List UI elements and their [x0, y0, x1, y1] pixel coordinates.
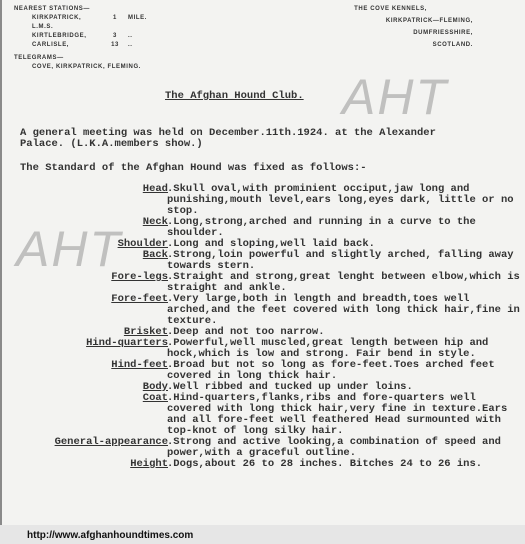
letterhead-right: The Cove Kennels, Kirkpatrick—Fleming, D… [354, 3, 473, 51]
standard-text: .Strong,loin powerful and slightly arche… [167, 250, 522, 272]
standard-entry: Neck.Long,strong,arched and running in a… [2, 217, 525, 239]
standard-text: .Broad but not so long as fore-feet.Toes… [167, 360, 522, 382]
standard-text: .Very large,both in length and breadth,t… [167, 294, 522, 327]
standard-label: Hind-quarters [86, 338, 168, 349]
standard-label: General-appearance [55, 437, 168, 448]
standard-intro: The Standard of the Afghan Hound was fix… [20, 163, 367, 174]
standard-label: Back [143, 250, 168, 261]
standard-label: Head [143, 184, 168, 195]
standard-entry: Fore-legs.Straight and strong,great leng… [2, 272, 525, 294]
standard-entry: Height.Dogs,about 26 to 28 inches. Bitch… [2, 459, 525, 470]
standard-entry: Fore-feet.Very large,both in length and … [2, 294, 525, 327]
document-title: The Afghan Hound Club. [165, 90, 304, 102]
letterhead-line: The Cove Kennels, [354, 3, 427, 15]
standard-text: .Long,strong,arched and running in a cur… [167, 217, 522, 239]
stations-heading: Nearest Stations— [14, 5, 147, 14]
standard-entry: Back.Strong,loin powerful and slightly a… [2, 250, 525, 272]
standard-text: .Straight and strong,great lenght betwee… [167, 272, 522, 294]
station-row: Kirkpatrick, L.M.S.1Mile. [14, 14, 147, 32]
station-row: Carlisle,13.. [14, 41, 147, 50]
watermark: AHT [342, 68, 448, 126]
standard-entry: Hind-quarters.Powerful,well muscled,grea… [2, 338, 525, 360]
standard-entry: Coat.Hind-quarters,flanks,ribs and fore-… [2, 393, 525, 437]
standard-text: .Powerful,well muscled,great length betw… [167, 338, 522, 360]
standard-text: .Dogs,about 26 to 28 inches. Bitches 24 … [167, 459, 522, 470]
intro-paragraph: A general meeting was held on December.1… [20, 128, 436, 150]
standard-entry: Hind-feet.Broad but not so long as fore-… [2, 360, 525, 382]
standard-label: Hind-feet [111, 360, 168, 371]
letterhead-line: Dumfriesshire, [354, 27, 473, 39]
standard-text: .Hind-quarters,flanks,ribs and fore-quar… [167, 393, 522, 437]
telegrams-address: Cove, Kirkpatrick, Fleming. [14, 63, 147, 72]
standard-label: Height [130, 459, 168, 470]
standard-label: Neck [143, 217, 168, 228]
station-row: Kirtlebridge,3.. [14, 32, 147, 41]
standard-label: Fore-feet [111, 294, 168, 305]
standard-text: .Strong and active looking,a combination… [167, 437, 522, 459]
letterhead-line: Scotland. [354, 39, 473, 51]
letterhead-left: Nearest Stations— Kirkpatrick, L.M.S.1Mi… [14, 5, 147, 72]
standard-entry: General-appearance.Strong and active loo… [2, 437, 525, 459]
standard-text: .Skull oval,with prominient occiput,jaw … [167, 184, 522, 217]
telegrams-heading: Telegrams— [14, 54, 147, 63]
standard-list: Head.Skull oval,with prominient occiput,… [2, 184, 525, 470]
footer-url[interactable]: http://www.afghanhoundtimes.com [0, 525, 525, 544]
standard-label: Coat [143, 393, 168, 404]
letterhead-line: Kirkpatrick—Fleming, [354, 15, 473, 27]
standard-entry: Head.Skull oval,with prominient occiput,… [2, 184, 525, 217]
standard-label: Fore-legs [111, 272, 168, 283]
document-page: Nearest Stations— Kirkpatrick, L.M.S.1Mi… [0, 0, 525, 525]
